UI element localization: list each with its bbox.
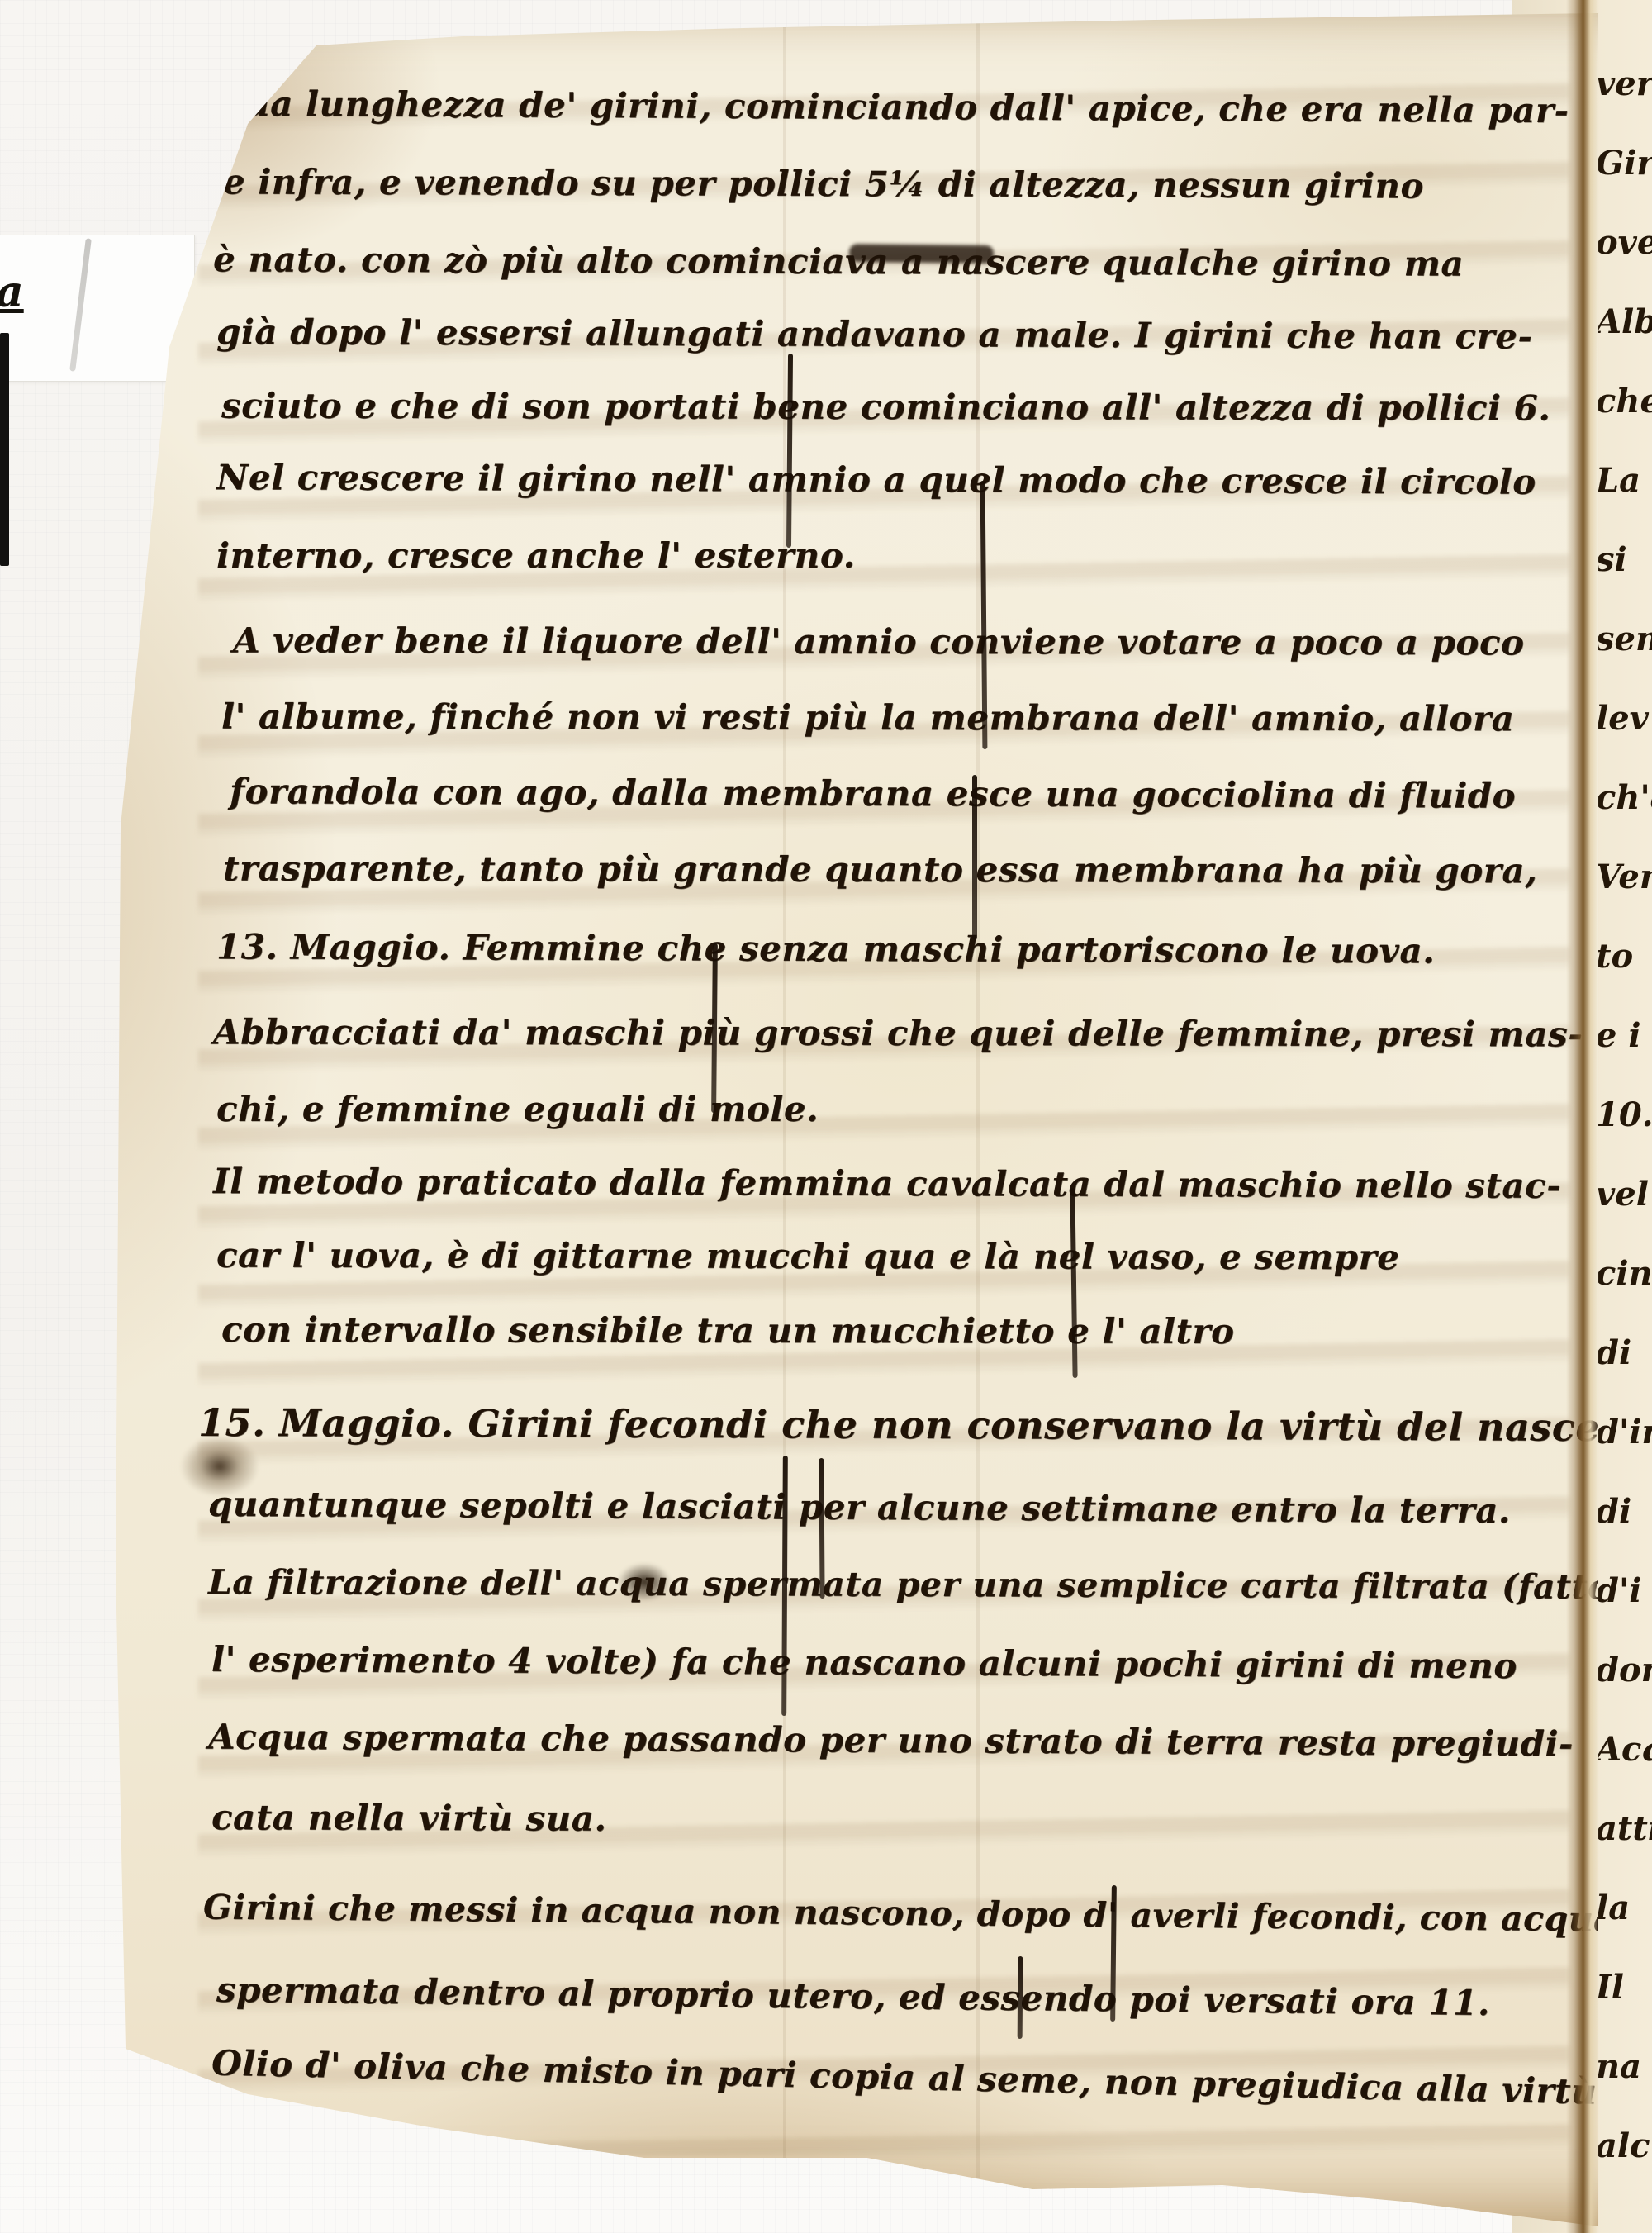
facing-page-fragment: cind — [1596, 1254, 1652, 1293]
manuscript-line: Acqua spermata che passando per uno stra… — [208, 1717, 1574, 1765]
film-edge-bar — [0, 333, 9, 566]
manuscript-page: 18 sua lunghezza de' girini, cominciando… — [0, 0, 1652, 2233]
manuscript-line: Il metodo praticato dalla femmina cavalc… — [213, 1161, 1561, 1206]
facing-page-fragment: vert — [1596, 64, 1652, 103]
manuscript-line: La filtrazione dell' acqua spermata per … — [208, 1562, 1611, 1607]
manuscript-line: l' albume, finché non vi resti più la me… — [221, 696, 1514, 739]
manuscript-line: cata nella virtù sua. — [211, 1797, 607, 1839]
facing-page-fragment: Il — [1596, 1968, 1624, 2007]
facing-page-fragment: Acq — [1596, 1730, 1652, 1769]
facing-page-fragment: na — [1596, 2047, 1641, 2086]
facing-page-fragment: si — [1596, 540, 1627, 579]
facing-page-fragment: la — [1596, 1889, 1630, 1927]
manuscript-line: sciuto e che di son portati bene cominci… — [221, 386, 1551, 429]
facing-page-fragment: 10. — [1596, 1095, 1652, 1134]
facing-page-fragment: che — [1596, 382, 1652, 420]
manuscript-line: sua lunghezza de' girini, cominciando da… — [225, 83, 1569, 131]
manuscript-line: te infra, e venendo su per pollici 5¼ di… — [206, 161, 1424, 206]
manuscript-line: A veder bene il liquore dell' amnio conv… — [233, 620, 1525, 663]
manuscript-line: interno, cresce anche l' esterno. — [216, 535, 856, 576]
manuscript-line: 15. Maggio. Girini fecondi che non conse… — [198, 1400, 1645, 1450]
manuscript-line: Nel crescere il girino nell' amnio a que… — [216, 457, 1536, 502]
manuscript-line: forandola con ago, dalla membrana esce u… — [230, 771, 1516, 815]
manuscript-line: è nato. con zò più alto cominciava a nas… — [213, 239, 1464, 283]
facing-page-fragment: e i — [1596, 1016, 1641, 1055]
ink-stroke — [1018, 1956, 1023, 2039]
manuscript-line: car l' uova, è di gittarne mucchi qua e … — [216, 1235, 1399, 1277]
facing-page-fragment: d'in — [1596, 1413, 1652, 1451]
facing-page-fragment: atti — [1596, 1809, 1652, 1848]
facing-page-fragment: lev — [1596, 699, 1649, 738]
facing-page-fragment: La — [1596, 461, 1640, 500]
ink-stroke — [819, 1458, 824, 1599]
ink-stroke — [972, 775, 977, 940]
facing-page-fragment: ch'a — [1596, 778, 1652, 817]
facing-page-fragment: Giri — [1596, 144, 1652, 183]
facing-page-fragment: dond — [1596, 1651, 1652, 1689]
manuscript-line: già dopo l' essersi allungati andavano a… — [216, 311, 1533, 357]
book-gutter — [1566, 0, 1599, 2233]
facing-page-fragment: alcun — [1596, 2126, 1652, 2165]
facing-page-fragment: di — [1596, 1333, 1631, 1372]
margin-label-card: a — [0, 235, 195, 382]
manuscript-line: chi, e femmine eguali di mole. — [216, 1089, 819, 1129]
manuscript-line: quantunque sepolti e lasciati per alcune… — [208, 1484, 1511, 1531]
manuscript-line: trasparente, tanto più grande quanto ess… — [223, 848, 1537, 891]
ink-smudge — [618, 1563, 671, 1601]
manuscript-line: l' esperimento 4 volte) fa che nascano a… — [211, 1639, 1517, 1686]
margin-label: a — [0, 267, 24, 317]
facing-page-fragment: vel — [1596, 1175, 1649, 1214]
facing-page-fragment: di — [1596, 1492, 1631, 1531]
crossed-out-word — [849, 244, 994, 264]
manuscript-line: 13. Maggio. Femmine che senza maschi par… — [216, 926, 1435, 971]
facing-page-fragment: ove — [1596, 223, 1652, 262]
facing-page-fragment: to — [1596, 937, 1633, 976]
manuscript-line: Abbracciati da' maschi più grossi che qu… — [213, 1012, 1583, 1055]
facing-page-fragment: Alb — [1596, 302, 1652, 341]
facing-page-fragment: sen — [1596, 620, 1652, 658]
facing-page-fragment: d'i — [1596, 1571, 1641, 1610]
manuscript-line: con intervallo sensibile tra un mucchiet… — [221, 1309, 1235, 1352]
ink-smudge — [180, 1436, 259, 1497]
facing-page-fragment: Ven — [1596, 858, 1652, 896]
